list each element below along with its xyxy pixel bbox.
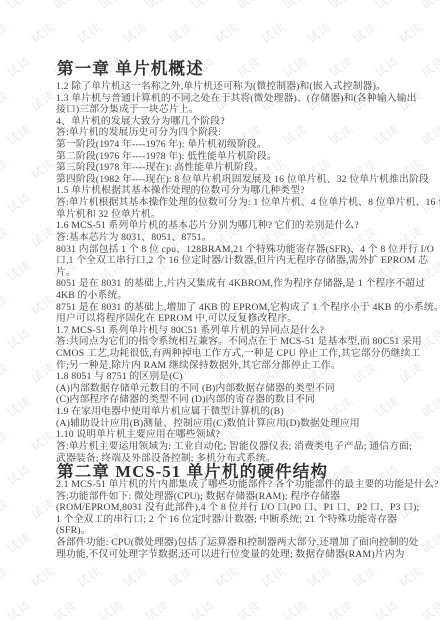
document-content: 第一章 单片机概述 1.2 除了单片机这一名称之外,单片机还可称为(微控制器)和… [0,0,440,620]
text-line: 单片机和 32 位单片机。 [56,209,432,221]
text-line: 口,1 个全双工串行口,2 个 16 位定时器/计数器,但片内无程序存储器,需外… [56,255,432,267]
text-line: 第一阶段(1974 年----1976 年): 单片机初级阶段。 [56,139,432,151]
text-line: 答:单片机主要运用领域为: 工业自动化; 智能仪器仪表; 消费类电子产品; 通信… [56,441,432,453]
text-line: 片。 [56,267,432,279]
text-line: 答:单片机的发展历史可分为四个阶段: [56,127,432,139]
chapter1-body: 1.2 除了单片机这一名称之外,单片机还可称为(微控制器)和(嵌入式控制器)。1… [56,81,432,464]
text-line: 1.5 单片机根据其基本操作处理的位数可分为哪几种类型? [56,185,432,197]
text-line: 8051 是在 8031 的基础上,片内又集成有 4KBROM,作为程序存储器,… [56,278,432,290]
chapter2-body: 2.1 MCS-51 单片机的片内都集成了哪些功能部件? 各个功能部件的最主要的… [56,479,432,560]
text-line: 4、单片机的发展大致分为哪几个阶段? [56,116,432,128]
text-line: (SFR)。 [56,525,432,537]
text-line: 接口)三部分集成于一块芯片上。 [56,104,432,116]
text-line: 第四阶段(1982 年----现在): 8 位单片机巩固发展及 16 位单片机、… [56,174,432,186]
text-line: 1 个全双工的串行口; 2 个 16 位定时器/计数器; 中断系统; 21 个特… [56,514,432,526]
text-line: 作;另一种是,除片内 RAM 继续保持数据外,其它部分都停止工作。 [56,360,432,372]
text-line: 1.3 单片机与普通计算机的不同之处在于其将(微处理器)、(存储器)和(各种输入… [56,93,432,105]
text-line: 1.8 8051 与 8751 的区别是(C) [56,371,432,383]
document-page: 试读试读试读试读试读试读试读试读试读试读试读试读试读试读试读试读试读试读试读试读… [0,0,440,620]
text-line: 8751 是在 8031 的基础上,增加了 4KB 的 EPROM,它构成了 1… [56,302,432,314]
text-line: 用户可以将程序固化在 EPROM 中,可以反复修改程序。 [56,313,432,325]
text-line: (A)辅助设计应用(B)测量、控制应用(C)数值计算应用(D)数据处理应用 [56,418,432,430]
text-line: (ROM/EPROM,8031 没有此部件),4 个 8 位并行 I/O 口(P… [56,502,432,514]
text-line: 答:共同点为它们的指令系统相互兼容。不同点在于 MCS-51 是基本型,而 80… [56,336,432,348]
text-line: 答:单片机根据其基本操作处理的位数可分为: 1 位单片机、4 位单片机、8 位单… [56,197,432,209]
text-line: 8031 内部包括 1 个 8 位 cpu、128BRAM,21 个特殊功能寄存… [56,244,432,256]
text-line: 答:基本芯片为 8031、8051、8751。 [56,232,432,244]
text-line: 答:功能部件如下: 微处理器(CPU); 数据存储器(RAM); 程序存储器 [56,491,432,503]
text-line: (C)内部程序存储器的类型不同 (D)内部的寄存器的数目不同 [56,394,432,406]
text-line: 1.7 MCS-51 系列单片机与 80C51 系列单片机的异同点是什么? [56,325,432,337]
text-line: 1.9 在家用电器中使用单片机应属于微型计算机的(B) [56,406,432,418]
text-line: 理功能,不仅可处理字节数据,还可以进行位变量的处理; 数据存储器(RAM)片内为 [56,549,432,561]
chapter1-title: 第一章 单片机概述 [57,55,204,79]
text-line: 第二阶段(1976 年----1978 年): 低性能单片机阶段。 [56,151,432,163]
text-line: 2.1 MCS-51 单片机的片内都集成了哪些功能部件? 各个功能部件的最主要的… [56,479,432,491]
text-line: 各部件功能: CPU(微处理器)包括了运算器和控制器两大部分,还增加了面向控制的… [56,537,432,549]
text-line: (A)内部数据存储单元数目的不同 (B)内部数据存储器的类型不同 [56,383,432,395]
text-line: 第三阶段(1978 年----现在): 高性能单片机阶段。 [56,162,432,174]
text-line: CMOS 工艺,功耗很低,有两种掉电工作方式,一种是 CPU 停止工作,其它部分… [56,348,432,360]
text-line: 1.6 MCS-51 系列单片机的基本芯片分别为哪几种? 它们的差别是什么? [56,220,432,232]
text-line: 1.2 除了单片机这一名称之外,单片机还可称为(微控制器)和(嵌入式控制器)。 [56,81,432,93]
text-line: 4KB 的小系统。 [56,290,432,302]
text-line: 1.10 说明单片机主要应用在哪些领域? [56,429,432,441]
